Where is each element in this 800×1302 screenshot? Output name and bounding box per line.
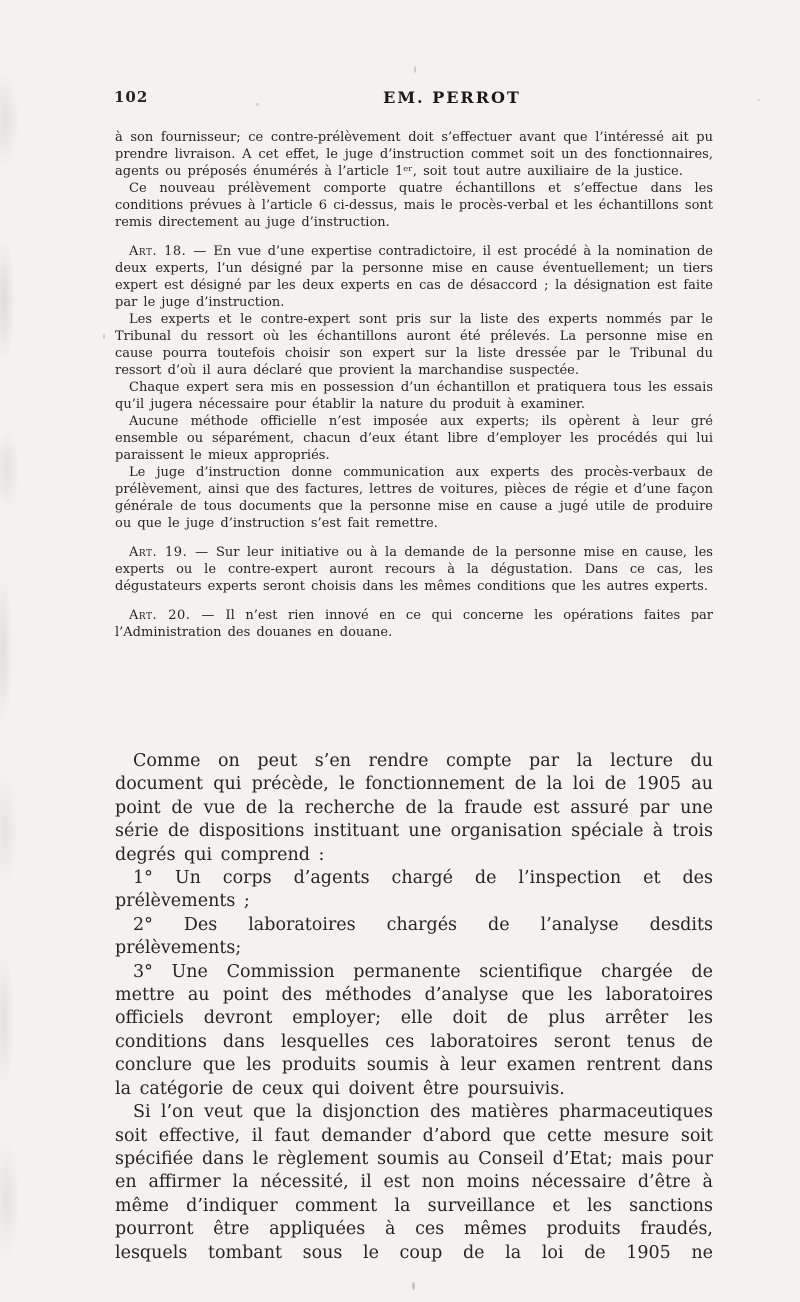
regulation-excerpt-small-print: à son fournisseur; ce contre-prélèvement… [115,129,713,641]
excerpt-paragraph: Ce nouveau prélèvement comporte quatre é… [115,180,713,231]
excerpt-paragraph: Les experts et le contre-expert sont pri… [115,311,713,379]
numbered-item-3: 3° Une Commission permanente scientifiqu… [115,961,713,1101]
scan-edge-shadow [0,0,30,1302]
scan-speckle [412,1282,415,1290]
scan-speckle [414,66,416,73]
article-19-label: Art. 19. — [129,545,209,560]
article-20-paragraph: Art. 20. — Il n’est rien innové en ce qu… [115,607,713,641]
scanned-book-page: 102 EM. PERROT à son fournisseur; ce con… [0,0,800,1302]
body-paragraph-continued-next-page: Si l’on veut que la disjonction des mati… [115,1101,713,1265]
excerpt-paragraph: Aucune méthode officielle n’est imposée … [115,413,713,464]
article-18-paragraph: Art. 18. — En vue d’une expertise contra… [115,243,713,311]
main-commentary-text: Comme on peut s’en rendre compte par la … [115,750,713,1265]
excerpt-paragraph-continuation: à son fournisseur; ce contre-prélèvement… [115,129,713,180]
numbered-item-2: 2° Des laboratoires chargés de l’analyse… [115,914,713,961]
article-20-label: Art. 20. — [129,608,215,623]
body-paragraph: Comme on peut s’en rendre compte par la … [115,750,713,867]
running-head: 102 EM. PERROT [0,88,800,110]
running-header-title: EM. PERROT [104,88,800,107]
article-18-label: Art. 18. — [129,244,207,259]
article-19-paragraph: Art. 19. — Sur leur initiative ou à la d… [115,544,713,595]
numbered-item-1: 1° Un corps d’agents chargé de l’inspect… [115,867,713,914]
excerpt-paragraph: Le juge d’instruction donne communicatio… [115,464,713,532]
excerpt-paragraph: Chaque expert sera mis en possession d’u… [115,379,713,413]
scan-speckle [103,334,105,339]
